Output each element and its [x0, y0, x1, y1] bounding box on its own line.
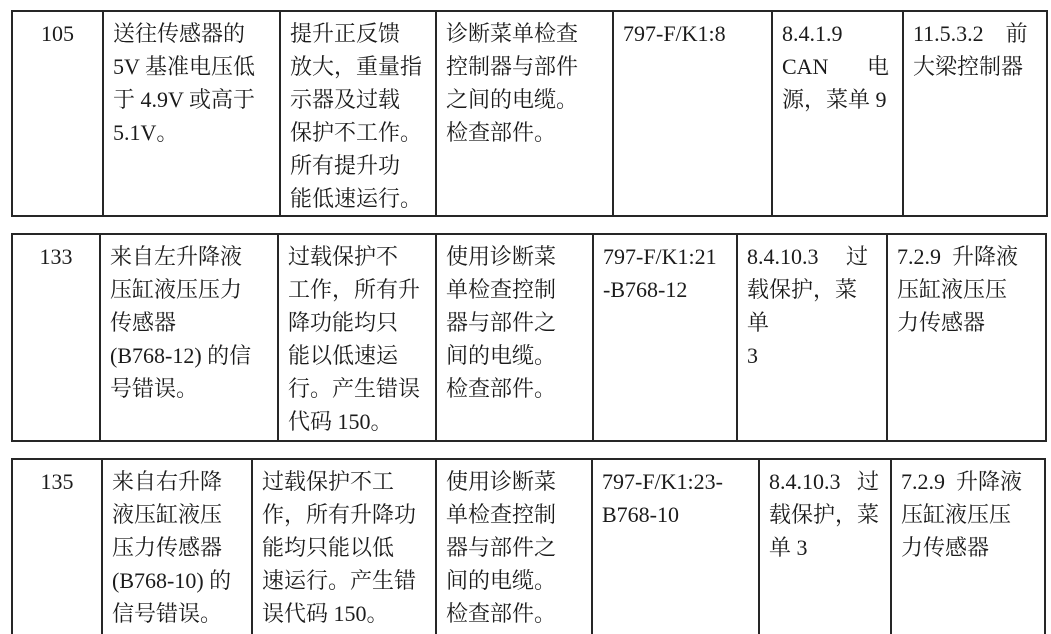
menu-reference-cell: 8.4.1.9 CAN 电 源，菜单 9	[772, 11, 903, 216]
table-row: 133 来自左升降液 压缸液压压力 传感器 (B768-12) 的信 号错误。 …	[12, 234, 1046, 441]
circuit-reference-cell: 797-F/K1:23- B768-10	[592, 459, 759, 634]
circuit-reference-cell: 797-F/K1:21 -B768-12	[593, 234, 737, 441]
fault-code-cell: 133	[12, 234, 100, 441]
fault-table-segment-105: 105 送往传感器的 5V 基准电压低 于 4.9V 或高于 5.1V。 提升正…	[11, 10, 1048, 217]
scanned-manual-page: 105 送往传感器的 5V 基准电压低 于 4.9V 或高于 5.1V。 提升正…	[0, 0, 1051, 634]
table-row: 135 来自右升降 液压缸液压 压力传感器 (B768-10) 的 信号错误。 …	[12, 459, 1045, 634]
corrective-action-cell: 使用诊断菜 单检查控制 器与部件之 间的电缆。 检查部件。	[436, 234, 593, 441]
fault-table-segment-135: 135 来自右升降 液压缸液压 压力传感器 (B768-10) 的 信号错误。 …	[11, 458, 1046, 634]
menu-reference-cell: 8.4.10.3 过 载保护，菜单 3	[737, 234, 887, 441]
circuit-reference-cell: 797-F/K1:8	[613, 11, 772, 216]
fault-effect-cell: 过载保护不工 作，所有升降功 能均只能以低 速运行。产生错 误代码 150。	[252, 459, 436, 634]
fault-table-segment-133: 133 来自左升降液 压缸液压压力 传感器 (B768-12) 的信 号错误。 …	[11, 233, 1047, 442]
fault-description-cell: 来自右升降 液压缸液压 压力传感器 (B768-10) 的 信号错误。	[102, 459, 252, 634]
section-reference-cell: 7.2.9 升降液 压缸液压压 力传感器	[891, 459, 1045, 634]
fault-effect-cell: 过载保护不 工作，所有升 降功能均只 能以低速运 行。产生错误 代码 150。	[278, 234, 436, 441]
menu-reference-cell: 8.4.10.3 过 载保护，菜 单 3	[759, 459, 891, 634]
section-reference-cell: 7.2.9 升降液 压缸液压压 力传感器	[887, 234, 1046, 441]
fault-description-cell: 送往传感器的 5V 基准电压低 于 4.9V 或高于 5.1V。	[103, 11, 280, 216]
fault-code-cell: 135	[12, 459, 102, 634]
table-row: 105 送往传感器的 5V 基准电压低 于 4.9V 或高于 5.1V。 提升正…	[12, 11, 1047, 216]
fault-description-cell: 来自左升降液 压缸液压压力 传感器 (B768-12) 的信 号错误。	[100, 234, 278, 441]
fault-effect-cell: 提升正反馈 放大，重量指 示器及过载 保护不工作。 所有提升功 能低速运行。	[280, 11, 436, 216]
section-reference-cell: 11.5.3.2 前 大梁控制器	[903, 11, 1047, 216]
corrective-action-cell: 诊断菜单检查 控制器与部件 之间的电缆。 检查部件。	[436, 11, 613, 216]
fault-code-cell: 105	[12, 11, 103, 216]
corrective-action-cell: 使用诊断菜 单检查控制 器与部件之 间的电缆。 检查部件。	[436, 459, 592, 634]
